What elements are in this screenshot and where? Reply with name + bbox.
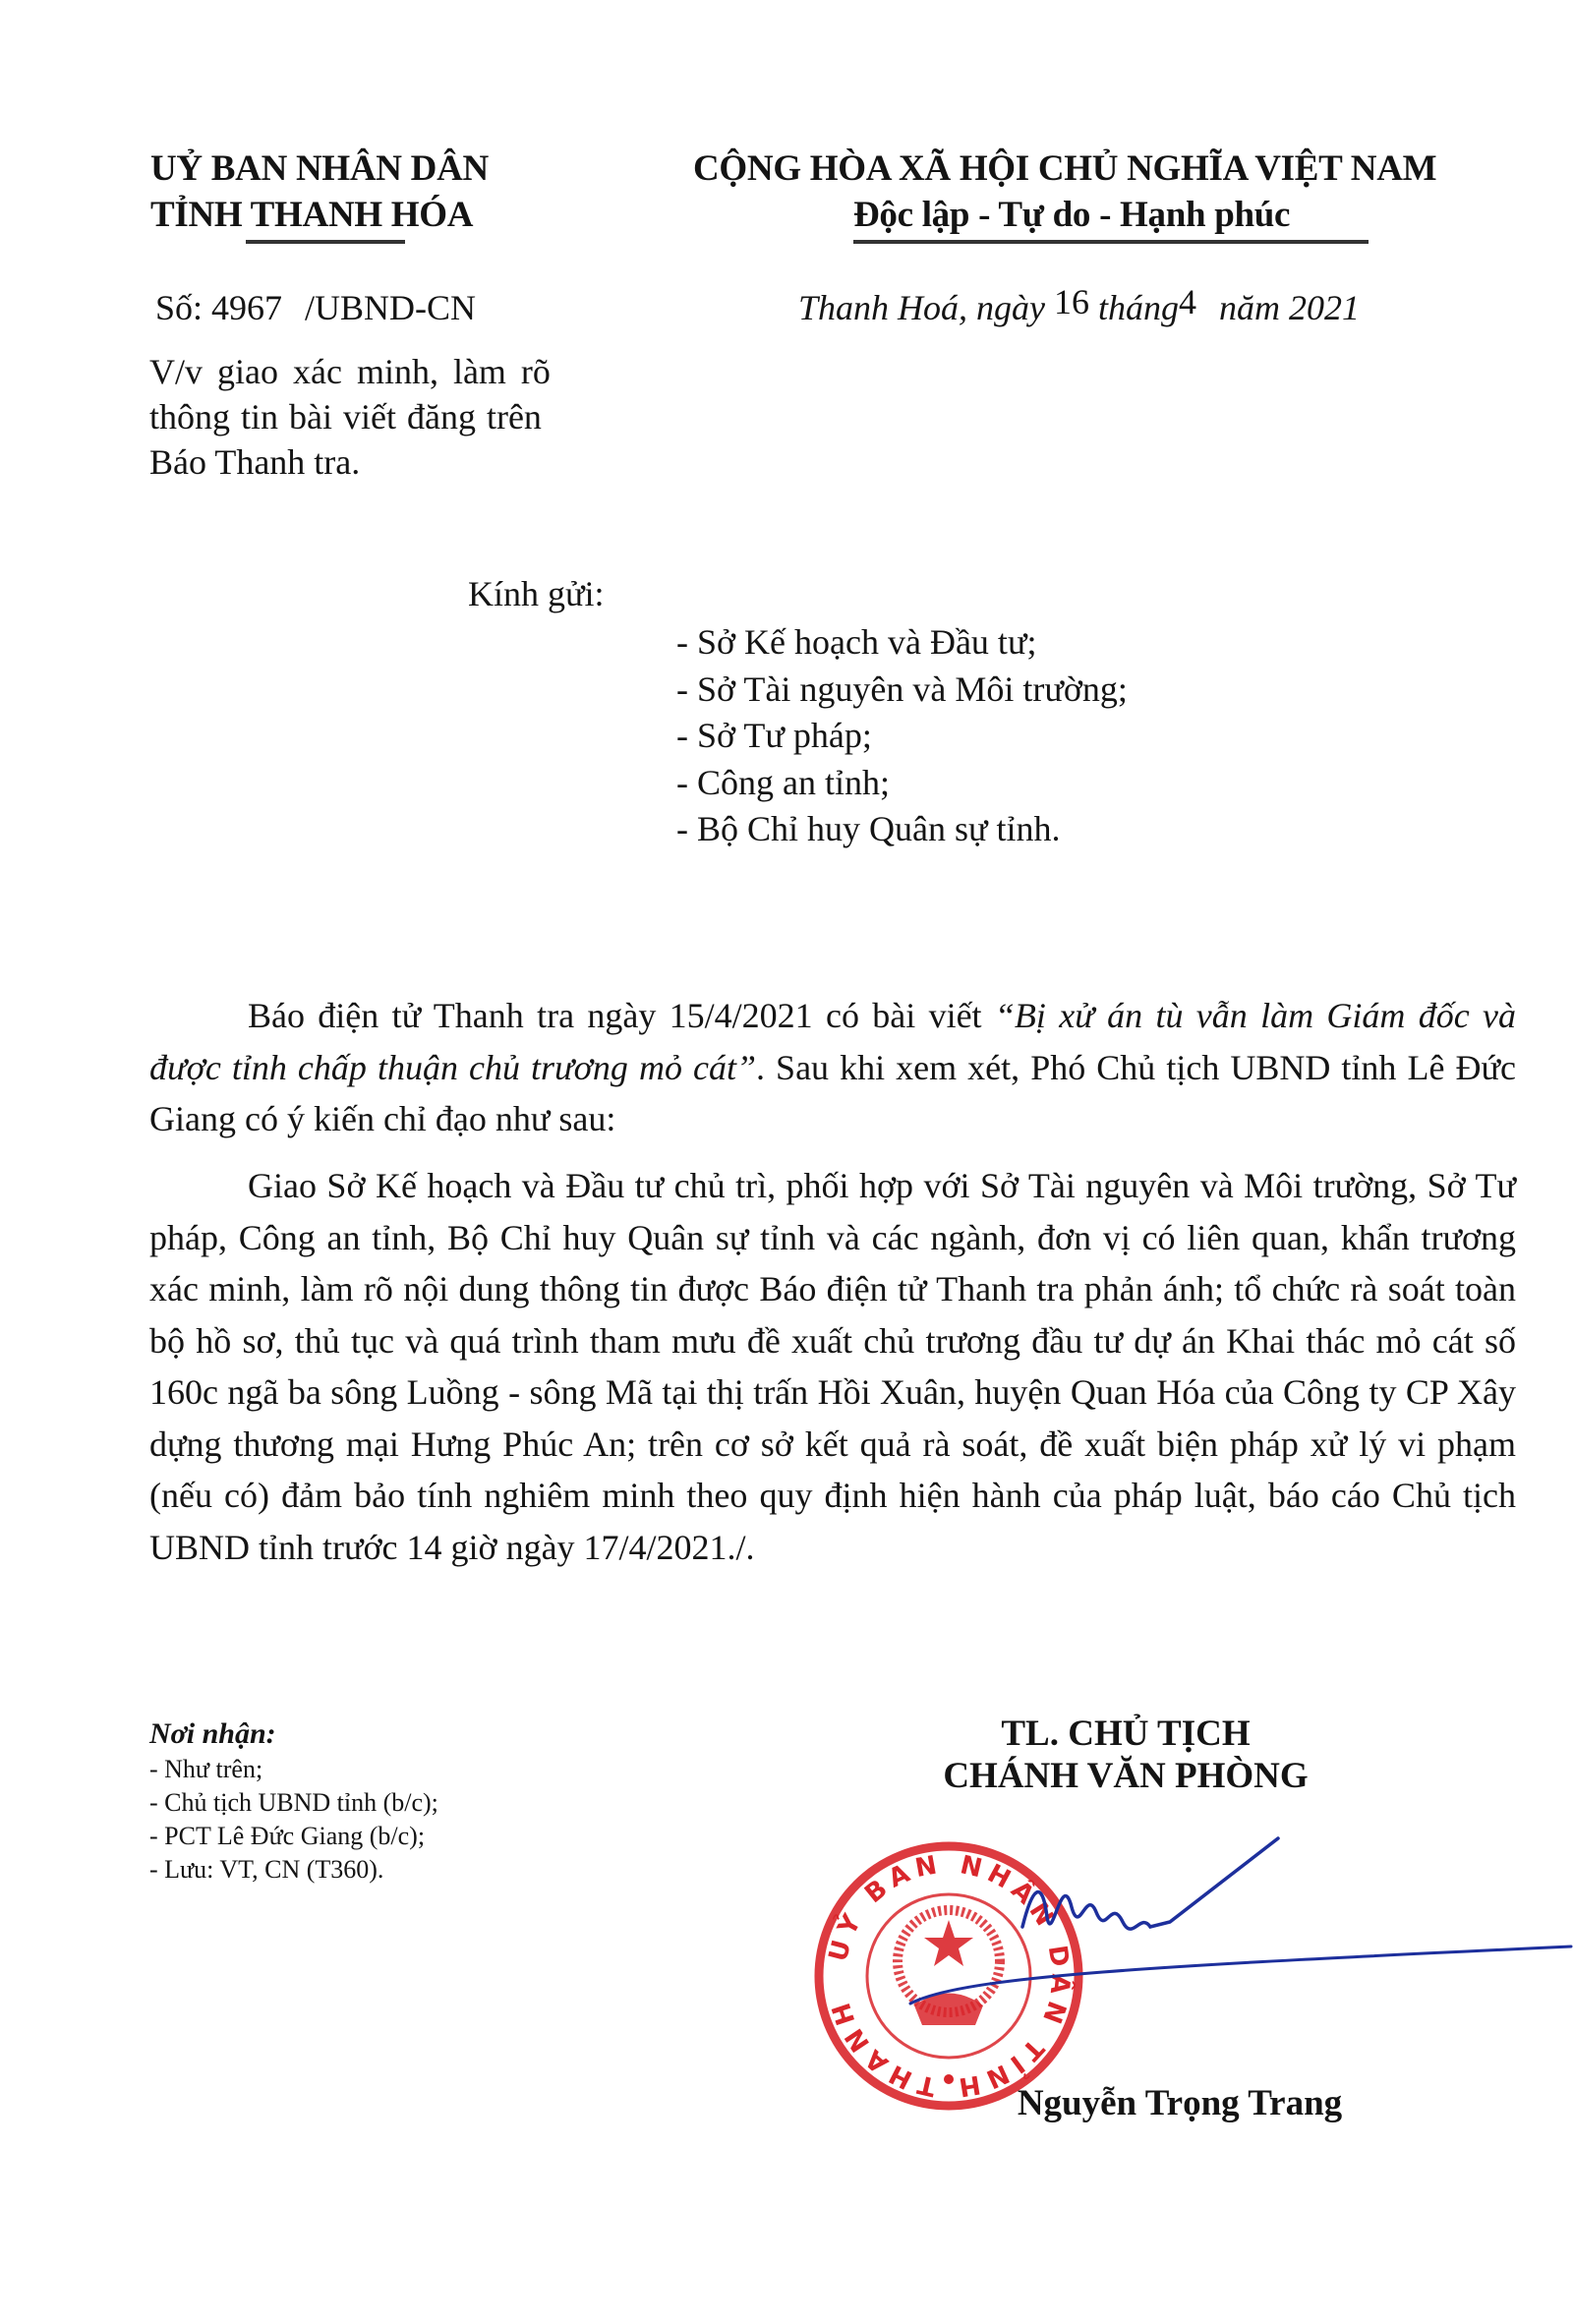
agency-name-line1: UỶ BAN NHÂN DÂN (150, 147, 489, 190)
date-month: 4 (1179, 282, 1196, 321)
body-paragraph-1: Báo điện tử Thanh tra ngày 15/4/2021 có … (149, 990, 1516, 1145)
recipient-item: - Sở Kế hoạch và Đầu tư; (676, 619, 1128, 667)
distribution-item: - Chủ tịch UBND tỉnh (b/c); (149, 1786, 438, 1820)
distribution-item: - Như trên; (149, 1753, 438, 1786)
nation-title: CỘNG HÒA XÃ HỘI CHỦ NGHĨA VIỆT NAM (693, 147, 1436, 190)
date-month-label: tháng (1098, 288, 1179, 327)
recipients-label: Kính gửi: (468, 573, 605, 614)
recipient-item: - Bộ Chỉ huy Quân sự tỉnh. (676, 806, 1128, 853)
date-place: Thanh Hoá, ngày (798, 288, 1045, 327)
date-year: năm 2021 (1219, 288, 1360, 327)
recipient-item: - Công an tỉnh; (676, 760, 1128, 807)
recipients-list: - Sở Kế hoạch và Đầu tư; - Sở Tài nguyên… (676, 619, 1128, 853)
signature-authority-1: TL. CHỦ TỊCH (1001, 1713, 1250, 1755)
signer-name: Nguyễn Trọng Trang (1018, 2082, 1342, 2124)
date-day: 16 (1054, 282, 1089, 321)
document-number: Số: 4967 /UBND-CN (155, 287, 476, 328)
number-label: Số: (155, 288, 203, 327)
agency-underline (246, 240, 405, 244)
agency-name-line2: TỈNH THANH HÓA (150, 194, 473, 236)
nation-motto: Độc lập - Tự do - Hạnh phúc (853, 194, 1290, 236)
subject-line: V/v giao xác minh, làm rõ (149, 349, 551, 394)
signature-authority-2: CHÁNH VĂN PHÒNG (943, 1755, 1308, 1797)
subject-block: V/v giao xác minh, làm rõ thông tin bài … (149, 349, 551, 485)
recipient-item: - Sở Tư pháp; (676, 713, 1128, 760)
distribution-item: - PCT Lê Đức Giang (b/c); (149, 1820, 438, 1853)
motto-underline (853, 240, 1369, 244)
distribution-block: Nơi nhận: - Như trên; - Chủ tịch UBND tỉ… (149, 1715, 438, 1887)
para1-lead: Báo điện tử Thanh tra ngày 15/4/2021 có … (248, 996, 995, 1035)
number-value: 4967 (211, 288, 282, 327)
distribution-label: Nơi nhận: (149, 1715, 438, 1753)
number-code: /UBND-CN (305, 288, 476, 327)
handwritten-signature-icon (904, 1829, 1573, 2005)
recipient-item: - Sở Tài nguyên và Môi trường; (676, 667, 1128, 714)
body-paragraph-2: Giao Sở Kế hoạch và Đầu tư chủ trì, phối… (149, 1160, 1516, 1573)
subject-line: Báo Thanh tra. (149, 439, 551, 485)
subject-line: thông tin bài viết đăng trên (149, 394, 551, 439)
distribution-item: - Lưu: VT, CN (T360). (149, 1853, 438, 1887)
document-date: Thanh Hoá, ngày 16 tháng4 năm 2021 (798, 287, 1360, 328)
